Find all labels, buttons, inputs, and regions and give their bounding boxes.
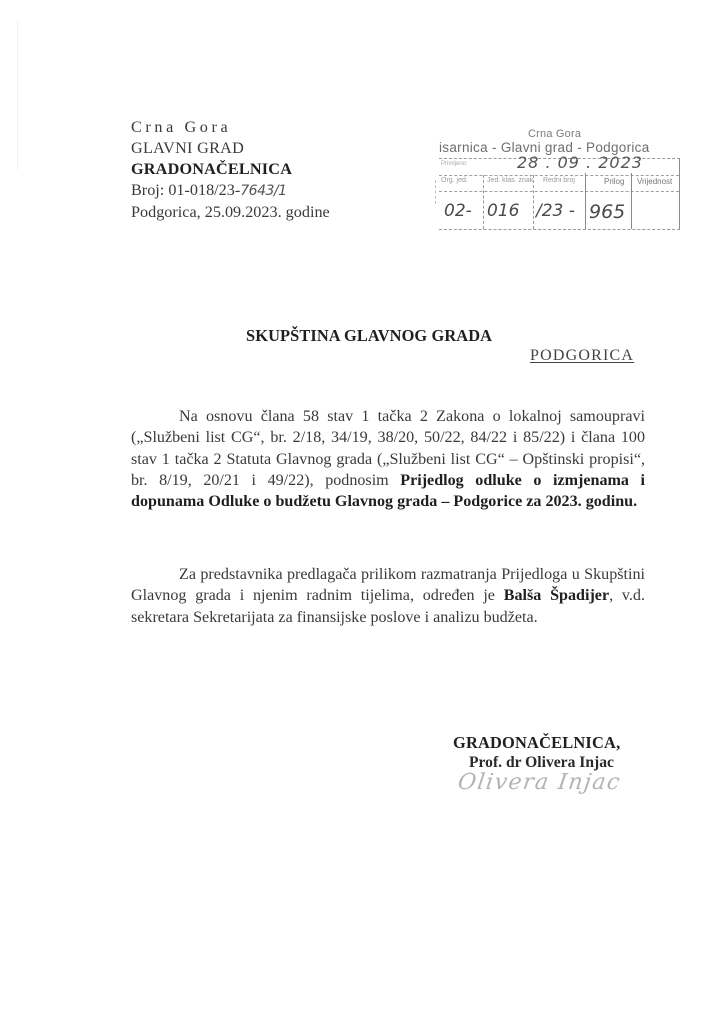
stamp-header-row: Org. jed. Jed. klas. znak Redni broj Pri… bbox=[439, 175, 679, 192]
registry-stamp: Crna Gora isarnica - Glavni grad - Podgo… bbox=[435, 128, 685, 230]
body-paragraph-legal-basis: Na osnovu člana 58 stav 1 tačka 2 Zakona… bbox=[131, 406, 645, 512]
representative-name: Balša Špadijer bbox=[504, 587, 609, 604]
stamp-divider bbox=[533, 175, 534, 229]
stamp-divider bbox=[631, 173, 632, 229]
addressee-city: PODGORICA bbox=[530, 347, 634, 365]
sender-office: GRADONAČELNICA bbox=[131, 159, 330, 180]
sender-country: Crna Gora bbox=[131, 117, 330, 138]
stamp-value-year: /23 - bbox=[536, 201, 575, 221]
stamp-value-serial: 965 bbox=[589, 201, 625, 223]
reference-number: Broj: 01-018/23-7643/1 bbox=[131, 180, 330, 202]
stamp-header-org-unit: Org. jed. bbox=[441, 177, 468, 184]
reference-prefix: Broj: 01-018/23- bbox=[131, 181, 240, 199]
stamp-divider bbox=[483, 175, 484, 229]
stamp-received-row: Primljeno: 28 . 09 . 2023 bbox=[439, 159, 679, 176]
stamp-grid: Primljeno: 28 . 09 . 2023 Org. jed. Jed.… bbox=[439, 158, 680, 230]
sender-authority: GLAVNI GRAD bbox=[131, 138, 330, 159]
scan-edge-artifact bbox=[17, 20, 18, 170]
signatory-title: GRADONAČELNICA, bbox=[453, 733, 620, 753]
stamp-header-classification: Jed. klas. znak bbox=[487, 177, 533, 184]
stamp-header-attachment: Prilog bbox=[604, 177, 624, 186]
stamp-title-country: Crna Gora bbox=[528, 128, 581, 140]
sender-header: Crna Gora GLAVNI GRAD GRADONAČELNICA Bro… bbox=[131, 117, 330, 223]
handwritten-signature: Olivera Injac bbox=[456, 770, 622, 795]
place-date: Podgorica, 25.09.2023. godine bbox=[131, 202, 330, 223]
stamp-header-serial: Redni broj bbox=[543, 177, 575, 184]
stamp-value-classification: 016 bbox=[487, 201, 519, 221]
addressee-name: SKUPŠTINA GLAVNOG GRADA bbox=[246, 326, 492, 346]
stamp-edge bbox=[435, 180, 436, 204]
document-page: Crna Gora GLAVNI GRAD GRADONAČELNICA Bro… bbox=[0, 0, 725, 1024]
reference-handwritten: 7643/1 bbox=[240, 183, 286, 199]
stamp-header-value: Vrijednost bbox=[637, 177, 672, 186]
stamp-value-org-unit: 02- bbox=[444, 201, 472, 221]
body-paragraph-representative: Za predstavnika predlagača prilikom razm… bbox=[131, 564, 645, 628]
stamp-received-date: 28 . 09 . 2023 bbox=[517, 153, 643, 172]
stamp-received-label: Primljeno: bbox=[441, 161, 468, 167]
stamp-divider bbox=[585, 173, 586, 229]
